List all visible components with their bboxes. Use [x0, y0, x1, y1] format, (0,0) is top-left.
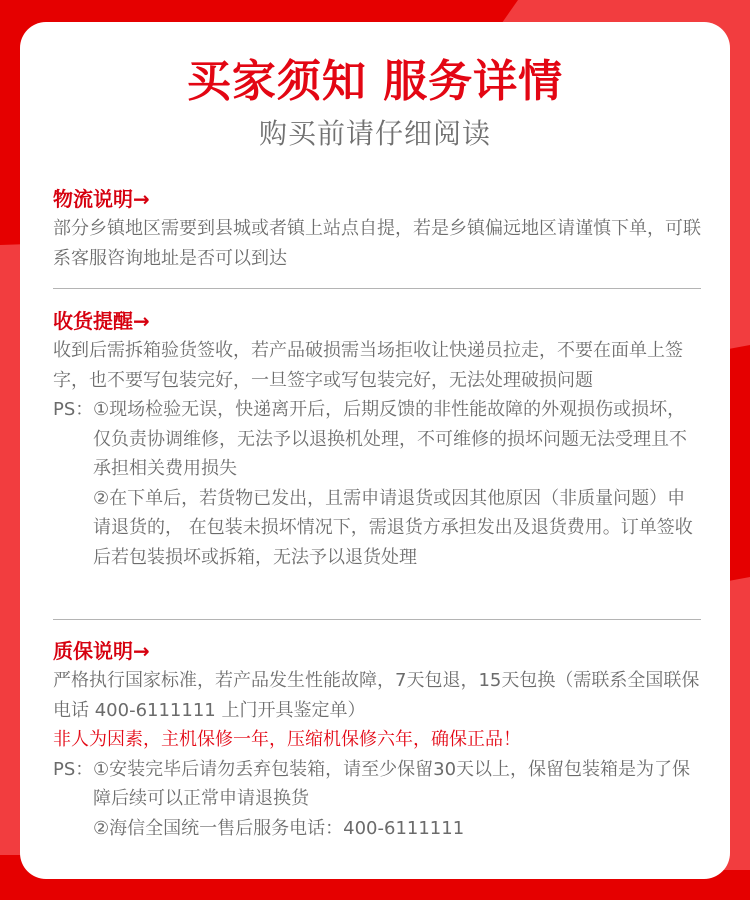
section-title-warranty: 质保说明→: [53, 636, 703, 666]
section-receipt: 收货提醒→ 收到后需拆箱验货签收，若产品破损需当场拒收让快递员拉走，不要在面单上…: [53, 306, 703, 572]
receipt-ps: PS： ①现场检验无误，快递离开后，后期反馈的非性能故障的外观损伤或损坏，仅负责…: [53, 395, 703, 572]
notice-card: 买家须知 服务详情 购买前请仔细阅读 物流说明→ 部分乡镇地区需要到县城或者镇上…: [20, 22, 730, 879]
warranty-ps-item-2: ②海信全国统一售后服务电话：400-6111111: [93, 814, 703, 844]
divider: [53, 619, 701, 620]
page-subtitle: 购买前请仔细阅读: [20, 114, 730, 154]
warranty-highlight: 非人为因素，主机保修一年，压缩机保修六年，确保正品！: [53, 725, 703, 755]
warranty-ps-item-1: ①安装完毕后请勿丢弃包装箱，请至少保留30天以上，保留包装箱是为了保障后续可以正…: [93, 755, 703, 814]
section-title-logistics: 物流说明→: [53, 184, 703, 214]
page-title: 买家须知 服务详情: [20, 54, 730, 110]
ps-label: PS：: [53, 755, 93, 844]
receipt-ps-item-2: ②在下单后，若货物已发出，且需申请退货或因其他原因（非质量问题）申请退货的， 在…: [93, 484, 703, 573]
section-warranty: 质保说明→ 严格执行国家标准，若产品发生性能故障，7天包退，15天包换（需联系全…: [53, 636, 703, 843]
logistics-text: 部分乡镇地区需要到县城或者镇上站点自提，若是乡镇偏远地区请谨慎下单，可联系客服咨…: [53, 214, 703, 273]
warranty-ps: PS： ①安装完毕后请勿丢弃包装箱，请至少保留30天以上，保留包装箱是为了保障后…: [53, 755, 703, 844]
receipt-text: 收到后需拆箱验货签收，若产品破损需当场拒收让快递员拉走，不要在面单上签字，也不要…: [53, 336, 703, 395]
receipt-ps-item-1: ①现场检验无误，快递离开后，后期反馈的非性能故障的外观损伤或损坏，仅负责协调维修…: [93, 395, 703, 484]
section-title-receipt: 收货提醒→: [53, 306, 703, 336]
divider: [53, 288, 701, 289]
section-logistics: 物流说明→ 部分乡镇地区需要到县城或者镇上站点自提，若是乡镇偏远地区请谨慎下单，…: [53, 184, 703, 273]
warranty-text: 严格执行国家标准，若产品发生性能故障，7天包退，15天包换（需联系全国联保电话 …: [53, 666, 703, 725]
ps-label: PS：: [53, 395, 93, 572]
